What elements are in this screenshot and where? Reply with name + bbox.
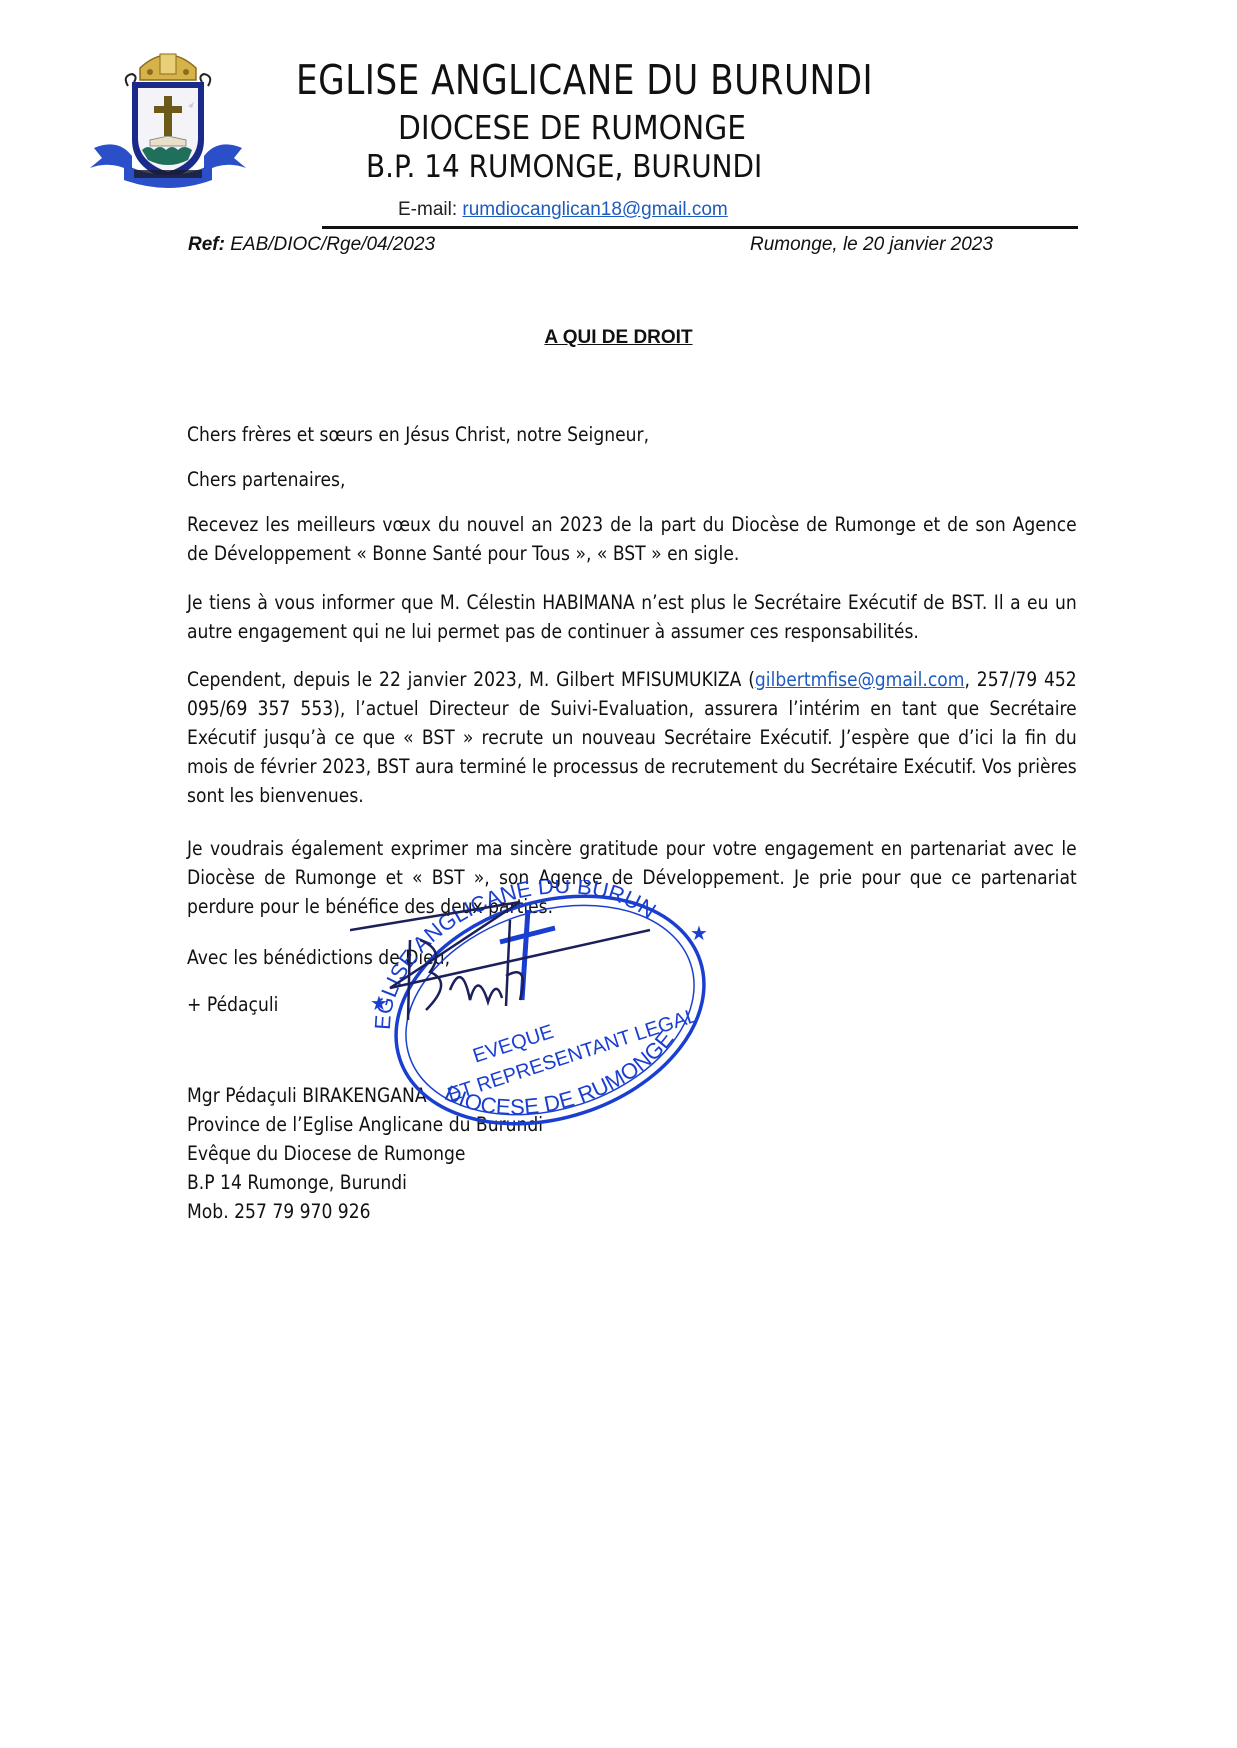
paragraph-gratitude-text: Je voudrais également exprimer ma sincèr…	[187, 834, 1077, 921]
letter-date: Rumonge, le 20 janvier 2023	[750, 234, 993, 256]
paragraph-announcement: Je tiens à vous informer que M. Célestin…	[187, 588, 1077, 646]
organization-title: EGLISE ANGLICANE DU BURUNDI	[296, 56, 873, 104]
signoff-text: + Pédaçuli	[187, 990, 1077, 1019]
interim-text-before: Cependent, depuis le 22 janvier 2023, M.…	[187, 668, 755, 691]
letter-page: EGLISE ANGLICANE DU BURUNDI DIOCESE DE R…	[0, 0, 1237, 1748]
paragraph-greetings: Recevez les meilleurs vœux du nouvel an …	[187, 510, 1077, 568]
postal-address: B.P. 14 RUMONGE, BURUNDI	[366, 149, 762, 185]
reference-label: Ref:	[188, 234, 225, 255]
salutation-2: Chers partenaires,	[187, 465, 1077, 494]
closing-text: Avec les bénédictions de Dieu,	[187, 943, 1077, 972]
reference: Ref: EAB/DIOC/Rge/04/2023	[188, 234, 435, 256]
paragraph-interim-text: Cependent, depuis le 22 janvier 2023, M.…	[187, 665, 1077, 810]
signatory-block: Mgr Pédaçuli BIRAKENGANA Province de l’E…	[187, 1081, 1077, 1226]
paragraph-interim: Cependent, depuis le 22 janvier 2023, M.…	[187, 665, 1077, 810]
diocese-coat-of-arms-logo	[88, 40, 248, 190]
signoff: + Pédaçuli	[187, 990, 1077, 1019]
closing: Avec les bénédictions de Dieu,	[187, 943, 1077, 972]
reference-value: EAB/DIOC/Rge/04/2023	[230, 234, 435, 255]
stamp-middle-1: EVEQUE	[470, 1021, 556, 1068]
header-divider	[322, 226, 1078, 229]
salutation-2-text: Chers partenaires,	[187, 465, 1077, 494]
salutation-1: Chers frères et sœurs en Jésus Christ, n…	[187, 420, 1077, 449]
stamp-star-right: ★	[690, 923, 708, 945]
paragraph-greetings-text: Recevez les meilleurs vœux du nouvel an …	[187, 510, 1077, 568]
signatory-line-3: B.P 14 Rumonge, Burundi	[187, 1168, 1077, 1197]
signatory-line-1: Province de l’Eglise Anglicane du Burund…	[187, 1110, 1077, 1139]
email-line: E-mail: rumdiocanglican18@gmail.com	[398, 199, 728, 221]
signatory-line-4: Mob. 257 79 970 926	[187, 1197, 1077, 1226]
email-label: E-mail:	[398, 199, 457, 220]
email-link[interactable]: rumdiocanglican18@gmail.com	[462, 199, 727, 220]
salutation-1-text: Chers frères et sœurs en Jésus Christ, n…	[187, 420, 1077, 449]
diocese-name: DIOCESE DE RUMONGE	[398, 108, 746, 147]
interim-email-link[interactable]: gilbertmfise@gmail.com	[755, 668, 965, 691]
paragraph-gratitude: Je voudrais également exprimer ma sincèr…	[187, 834, 1077, 921]
signatory-name: Mgr Pédaçuli BIRAKENGANA	[187, 1081, 1077, 1110]
paragraph-announcement-text: Je tiens à vous informer que M. Célestin…	[187, 588, 1077, 646]
signatory-line-2: Evêque du Diocese de Rumonge	[187, 1139, 1077, 1168]
letter-subject: A QUI DE DROIT	[0, 327, 1237, 349]
